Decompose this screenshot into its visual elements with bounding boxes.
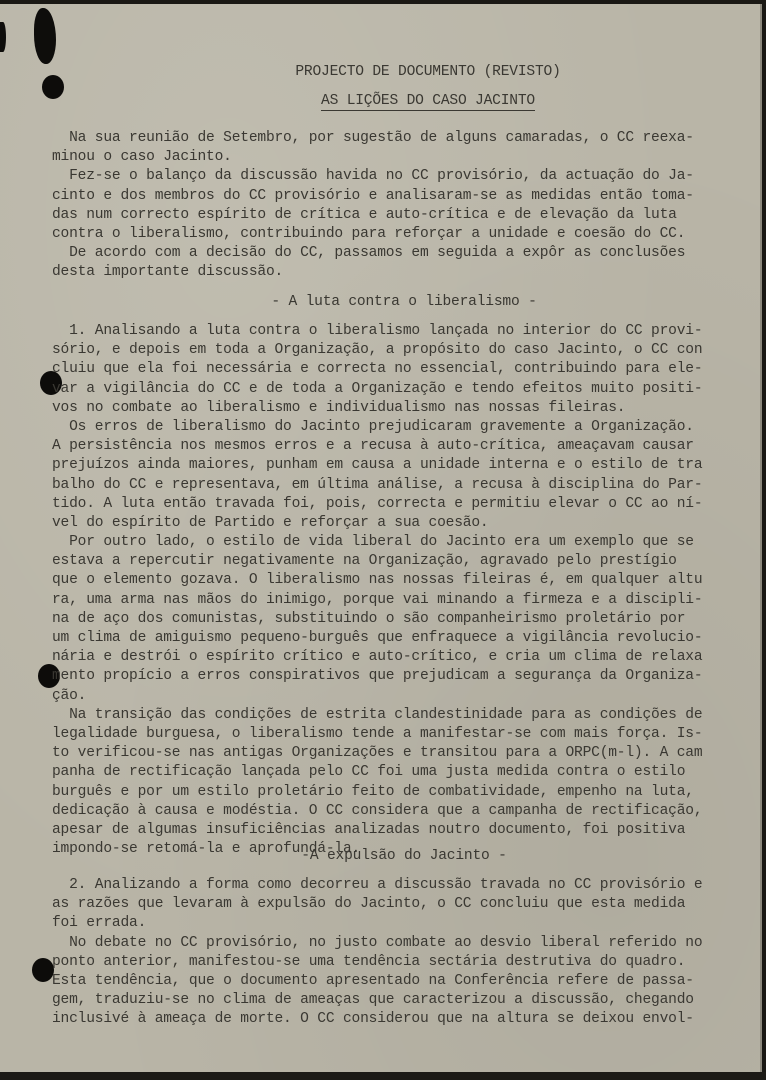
text-line: gem, traduziu-se no clima de ameaças que… xyxy=(52,991,756,1010)
section-2-title: -A expulsão do Jacinto - xyxy=(52,848,756,864)
text-line: contra o liberalismo, contribuindo para … xyxy=(52,225,756,244)
text-line: das num correcto espírito de crítica e a… xyxy=(52,206,756,225)
text-line: ponto anterior, manifestou-se uma tendên… xyxy=(52,953,756,972)
text-line: Esta tendência, que o documento apresent… xyxy=(52,972,756,991)
section-1-body: 1. Analisando a luta contra o liberalism… xyxy=(52,322,756,859)
intro-paragraphs: Na sua reunião de Setembro, por sugestão… xyxy=(52,129,756,283)
text-line: nária e destrói o espírito crítico e aut… xyxy=(52,648,756,667)
text-line: mento propício a erros conspirativos que… xyxy=(52,667,756,686)
scan-bottom-edge xyxy=(0,1072,766,1080)
document-subtitle: AS LIÇÕES DO CASO JACINTO xyxy=(0,93,766,109)
text-line: cluiu que ela foi necessária e correcta … xyxy=(52,360,756,379)
text-line: Por outro lado, o estilo de vida liberal… xyxy=(52,533,756,552)
text-line: cinto e dos membros do CC provisório e a… xyxy=(52,187,756,206)
document-title: PROJECTO DE DOCUMENTO (REVISTO) xyxy=(0,64,766,80)
text-line: as razões que levaram à expulsão do Jaci… xyxy=(52,895,756,914)
text-line: minou o caso Jacinto. xyxy=(52,148,756,167)
text-line: vos no combate ao liberalismo e individu… xyxy=(52,399,756,418)
text-line: estava a repercutir negativamente na Org… xyxy=(52,552,756,571)
text-line: De acordo com a decisão do CC, passamos … xyxy=(52,244,756,263)
ink-stain-left-edge xyxy=(0,22,6,52)
text-line: No debate no CC provisório, no justo com… xyxy=(52,934,756,953)
text-line: to verificou-se nas antigas Organizações… xyxy=(52,744,756,763)
text-line: panha de rectificação lançada pelo CC fo… xyxy=(52,763,756,782)
text-line: inclusivé à ameaça de morte. O CC consid… xyxy=(52,1010,756,1029)
text-line: desta importante discussão. xyxy=(52,263,756,282)
text-line: que o elemento gozava. O liberalismo nas… xyxy=(52,571,756,590)
text-line: dedicação à causa e modéstia. O CC consi… xyxy=(52,802,756,821)
text-line: Fez-se o balanço da discussão havida no … xyxy=(52,167,756,186)
text-line: burguês e por um estilo proletário feito… xyxy=(52,783,756,802)
text-line: 2. Analizando a forma como decorreu a di… xyxy=(52,876,756,895)
text-line: prejuízos ainda maiores, punham em causa… xyxy=(52,456,756,475)
section-1-title: - A luta contra o liberalismo - xyxy=(52,294,756,310)
section-2-body: 2. Analizando a forma como decorreu a di… xyxy=(52,876,756,1030)
text-line: ção. xyxy=(52,687,756,706)
text-line: var a vigilância do CC e de toda a Organ… xyxy=(52,380,756,399)
text-line: Os erros de liberalismo do Jacinto preju… xyxy=(52,418,756,437)
text-line: na de aço dos comunistas, substituindo o… xyxy=(52,610,756,629)
text-line: legalidade burguesa, o liberalismo tende… xyxy=(52,725,756,744)
text-line: ra, uma arma nas mãos do inimigo, porque… xyxy=(52,591,756,610)
text-line: A persistência nos mesmos erros e a recu… xyxy=(52,437,756,456)
text-line: vel do espírito de Partido e reforçar a … xyxy=(52,514,756,533)
text-line: Na sua reunião de Setembro, por sugestão… xyxy=(52,129,756,148)
text-line: sório, e depois em toda a Organização, a… xyxy=(52,341,756,360)
text-line: apesar de algumas insuficiências analiza… xyxy=(52,821,756,840)
text-line: tido. A luta então travada foi, pois, co… xyxy=(52,495,756,514)
document-subtitle-text: AS LIÇÕES DO CASO JACINTO xyxy=(321,93,535,111)
text-line: 1. Analisando a luta contra o liberalism… xyxy=(52,322,756,341)
punch-hole-4 xyxy=(32,958,54,982)
text-line: um clima de amiguismo pequeno-burguês qu… xyxy=(52,629,756,648)
text-line: Na transição das condições de estrita cl… xyxy=(52,706,756,725)
text-line: foi errada. xyxy=(52,914,756,933)
text-line: balho do CC e representava, em última an… xyxy=(52,476,756,495)
